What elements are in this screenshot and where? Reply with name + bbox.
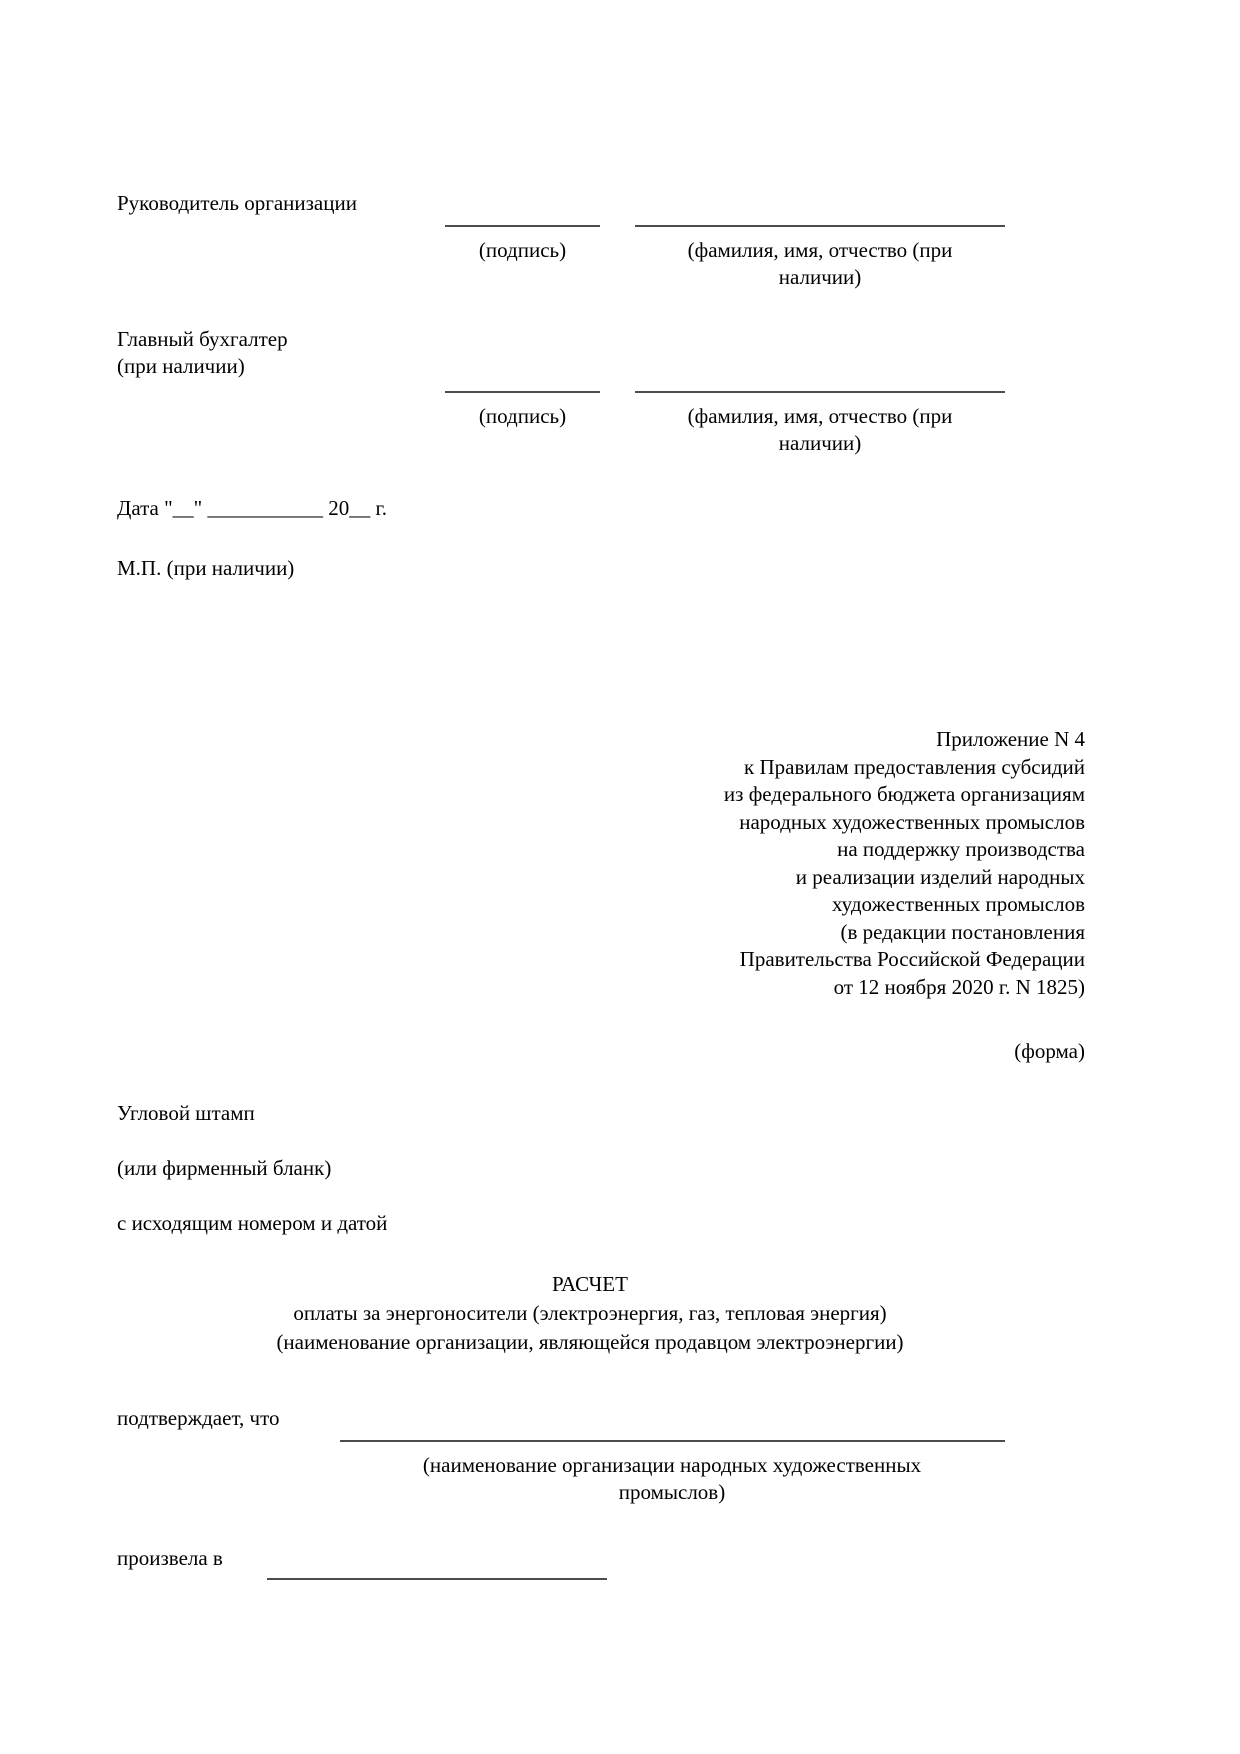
- annex-line: от 12 ноября 2020 г. N 1825): [485, 974, 1085, 1002]
- annex-line: Приложение N 4: [485, 726, 1085, 754]
- document-title-block: РАСЧЕТ оплаты за энергоносители (электро…: [117, 1270, 1063, 1357]
- letterhead-blank-note: (или фирменный бланк): [117, 1155, 331, 1182]
- chief-accountant-label-line2: (при наличии): [117, 353, 245, 380]
- date-line: Дата "__" ___________ 20__ г.: [117, 495, 387, 522]
- head-signature-caption: (подпись): [445, 237, 600, 264]
- annex-line: народных художественных промыслов: [485, 809, 1085, 837]
- head-signature-blank-line: [445, 225, 600, 227]
- head-fullname-caption: (фамилия, имя, отчество (при наличии): [665, 237, 975, 291]
- annex-line: (в редакции постановления: [485, 919, 1085, 947]
- produced-lead: произвела в: [117, 1545, 223, 1572]
- annex-line: из федерального бюджета организациям: [485, 781, 1085, 809]
- annex-line: и реализации изделий народных: [485, 864, 1085, 892]
- organization-name-caption: (наименование организации народных худож…: [392, 1452, 952, 1506]
- accountant-fullname-blank-line: [635, 391, 1005, 393]
- seller-organization-caption: (наименование организации, являющейся пр…: [117, 1328, 1063, 1357]
- organization-name-blank-line: [340, 1440, 1005, 1442]
- chief-accountant-label-line1: Главный бухгалтер: [117, 326, 288, 353]
- stamp-note: М.П. (при наличии): [117, 555, 294, 582]
- annex-reference-block: Приложение N 4 к Правилам предоставления…: [485, 726, 1085, 1001]
- head-of-organization-label: Руководитель организации: [117, 190, 357, 217]
- accountant-signature-blank-line: [445, 391, 600, 393]
- letterhead-stamp-note: Угловой штамп: [117, 1100, 255, 1127]
- letterhead-number-date-note: с исходящим номером и датой: [117, 1210, 387, 1237]
- form-note: (форма): [485, 1038, 1085, 1065]
- produced-place-blank-line: [267, 1578, 607, 1580]
- annex-line: к Правилам предоставления субсидий: [485, 754, 1085, 782]
- annex-line: на поддержку производства: [485, 836, 1085, 864]
- annex-line: Правительства Российской Федерации: [485, 946, 1085, 974]
- head-fullname-blank-line: [635, 225, 1005, 227]
- document-subtitle: оплаты за энергоносители (электроэнергия…: [117, 1299, 1063, 1328]
- annex-line: художественных промыслов: [485, 891, 1085, 919]
- document-page: Руководитель организации (подпись) (фами…: [0, 0, 1240, 1754]
- document-title: РАСЧЕТ: [117, 1270, 1063, 1299]
- confirmation-lead: подтверждает, что: [117, 1405, 280, 1432]
- accountant-signature-caption: (подпись): [445, 403, 600, 430]
- accountant-fullname-caption: (фамилия, имя, отчество (при наличии): [665, 403, 975, 457]
